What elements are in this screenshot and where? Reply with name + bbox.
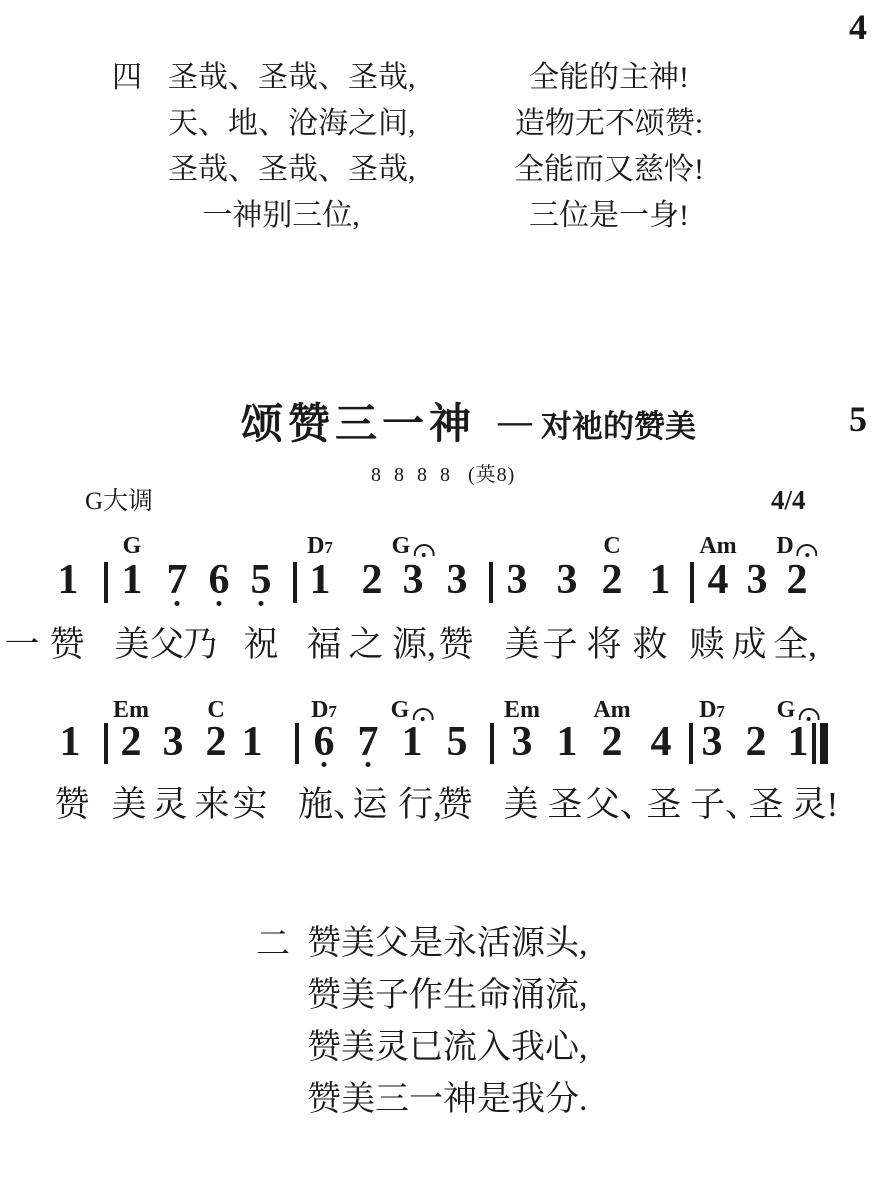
bar-line xyxy=(490,723,494,764)
note-digit: 2 xyxy=(121,722,142,762)
lyric-syllable: 父、 xyxy=(585,786,655,824)
note-digit: 3 xyxy=(557,560,578,600)
chord-label: G xyxy=(777,698,820,722)
lyric-syllable: 成 xyxy=(731,626,766,664)
chord-label: D7 xyxy=(307,534,333,560)
chord-root: G xyxy=(391,697,410,723)
bar-line xyxy=(689,723,693,764)
lyric-syllable: 救 xyxy=(632,626,667,664)
bar-line xyxy=(104,723,108,764)
lyric-syllable: 子 xyxy=(542,626,577,664)
octave-low-dot xyxy=(259,601,264,606)
note-digit: 1 xyxy=(310,560,331,600)
bar-line xyxy=(489,562,493,603)
chord-root: D xyxy=(776,533,793,559)
lyric-syllable: 赞 xyxy=(54,786,89,824)
chord-root: Em xyxy=(113,697,149,723)
chord-label: D xyxy=(776,534,817,558)
lyric-syllable: 灵 xyxy=(152,786,187,824)
octave-low-dot xyxy=(366,762,371,767)
chord-root: G xyxy=(123,533,142,559)
note-digit: 7 xyxy=(358,722,379,762)
chord-label: C xyxy=(207,698,224,722)
chord-root: G xyxy=(392,533,411,559)
verse-2-line-1: 赞美父是永活源头, xyxy=(307,923,588,965)
bar-line xyxy=(690,562,694,603)
lyric-syllable: 圣 xyxy=(547,786,582,824)
chord-root: C xyxy=(603,533,620,559)
lyric-syllable: 将 xyxy=(586,626,621,664)
lyric-syllable: 赎 xyxy=(689,626,724,664)
chord-root: D xyxy=(311,697,328,723)
verse-2-line-2: 赞美子作生命涌流, xyxy=(307,975,588,1017)
lyric-syllable: 圣 xyxy=(646,786,681,824)
chord-label: C xyxy=(603,534,620,558)
note-digit: 5 xyxy=(447,722,468,762)
note-digit: 6 xyxy=(314,722,335,762)
note-digit: 1 xyxy=(60,722,81,762)
verse-2-line-3: 赞美灵已流入我心, xyxy=(307,1027,588,1069)
chord-label: Am xyxy=(593,698,630,722)
note-digit: 3 xyxy=(163,722,184,762)
note-digit: 5 xyxy=(251,560,272,600)
note-digit: 1 xyxy=(402,722,423,762)
lyric-syllable: 祝 xyxy=(243,626,278,664)
note-digit: 6 xyxy=(209,560,230,600)
note-digit: 3 xyxy=(702,722,723,762)
lyric-syllable: 实 xyxy=(232,786,267,824)
lyric-syllable: 美 xyxy=(503,786,538,824)
chord-root: D xyxy=(699,697,716,723)
fermata-icon xyxy=(797,544,818,556)
fermata-icon xyxy=(413,544,434,556)
fermata-icon xyxy=(412,708,433,720)
music-sheet: 11G7651D723G3332C14Am32D一赞美父乃祝福之源,赞美子将救赎… xyxy=(0,0,885,885)
note-digit: 3 xyxy=(512,722,533,762)
final-bar-thick xyxy=(820,723,828,764)
octave-low-dot xyxy=(217,601,222,606)
chord-label: Am xyxy=(699,534,736,558)
note-digit: 1 xyxy=(788,722,809,762)
lyric-syllable: 来 xyxy=(194,786,229,824)
note-digit: 3 xyxy=(447,560,468,600)
note-digit: 4 xyxy=(651,722,672,762)
lyric-syllable: 美 xyxy=(114,626,149,664)
note-digit: 1 xyxy=(122,560,143,600)
chord-root: Em xyxy=(504,697,540,723)
lyric-syllable: 赞 xyxy=(437,786,472,824)
octave-low-dot xyxy=(322,762,327,767)
chord-root: Am xyxy=(699,533,736,559)
chord-label: G xyxy=(392,534,435,558)
bar-line xyxy=(293,562,297,603)
lyric-syllable: 行, xyxy=(398,786,442,824)
lyric-syllable: 全, xyxy=(773,626,817,664)
lyric-syllable: 之 xyxy=(348,626,383,664)
note-digit: 2 xyxy=(362,560,383,600)
lyric-syllable: 灵! xyxy=(792,786,839,824)
chord-label: G xyxy=(123,534,142,558)
chord-label: Em xyxy=(504,698,540,722)
note-digit: 2 xyxy=(206,722,227,762)
final-bar-thin xyxy=(812,723,816,764)
note-digit: 1 xyxy=(650,560,671,600)
lyric-syllable: 美 xyxy=(504,626,539,664)
chord-label: D7 xyxy=(311,698,337,724)
lyric-syllable: 赞 xyxy=(49,626,84,664)
note-digit: 1 xyxy=(557,722,578,762)
verse-1-number: 一 xyxy=(4,626,39,664)
chord-extension: 7 xyxy=(328,702,337,721)
chord-root: C xyxy=(207,697,224,723)
verse-2-number: 二 xyxy=(256,925,290,965)
octave-low-dot xyxy=(175,601,180,606)
chord-extension: 7 xyxy=(324,538,333,557)
note-digit: 2 xyxy=(602,722,623,762)
lyric-syllable: 美 xyxy=(111,786,146,824)
note-digit: 2 xyxy=(746,722,767,762)
lyric-syllable: 圣 xyxy=(748,786,783,824)
chord-extension: 7 xyxy=(716,702,725,721)
bar-line xyxy=(104,562,108,603)
lyric-syllable: 福 xyxy=(306,626,341,664)
note-digit: 3 xyxy=(403,560,424,600)
lyric-syllable: 赞 xyxy=(438,626,473,664)
lyric-syllable: 运 xyxy=(352,786,387,824)
note-digit: 4 xyxy=(708,560,729,600)
lyric-syllable: 父 xyxy=(149,626,184,664)
chord-root: G xyxy=(777,697,796,723)
note-digit: 2 xyxy=(602,560,623,600)
chord-label: Em xyxy=(113,698,149,722)
note-digit: 1 xyxy=(58,560,79,600)
hymnal-page: 4 四 圣哉、圣哉、圣哉, 全能的主神! 天、地、沧海之间, 造物无不颂赞: 圣… xyxy=(0,0,885,1195)
verse-2-line-4: 赞美三一神是我分. xyxy=(307,1079,588,1121)
note-digit: 2 xyxy=(787,560,808,600)
note-digit: 3 xyxy=(507,560,528,600)
chord-label: D7 xyxy=(699,698,725,724)
note-digit: 3 xyxy=(747,560,768,600)
chord-label: G xyxy=(391,698,434,722)
chord-root: D xyxy=(307,533,324,559)
lyric-syllable: 源, xyxy=(392,626,436,664)
note-digit: 7 xyxy=(167,560,188,600)
note-digit: 1 xyxy=(242,722,263,762)
chord-root: Am xyxy=(593,697,630,723)
lyric-syllable: 乃 xyxy=(182,626,217,664)
bar-line xyxy=(295,723,299,764)
fermata-icon xyxy=(798,708,819,720)
